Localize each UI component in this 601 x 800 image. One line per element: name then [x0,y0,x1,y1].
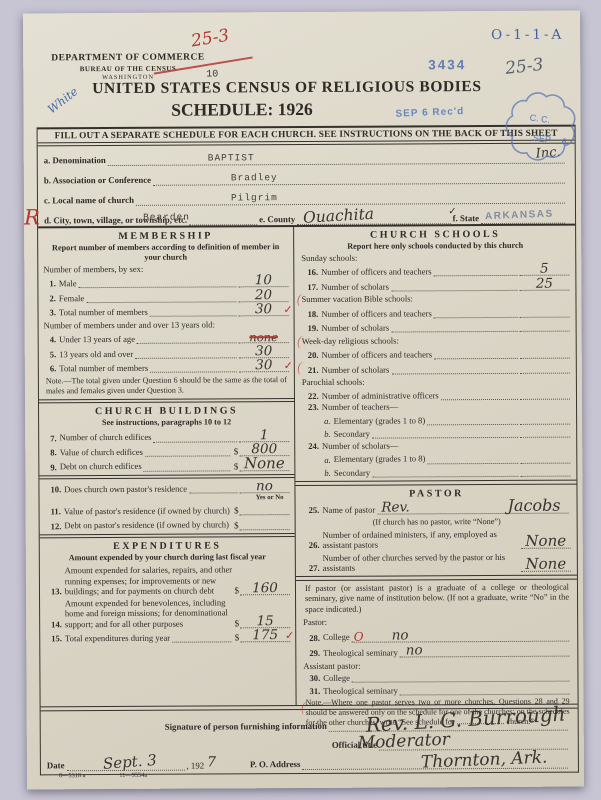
q3-label: Total number of members [59,307,148,318]
pastor-education-label: Pastor: [303,616,571,627]
q12-row: 12. Debt on pastor's residence (if owned… [45,518,290,531]
q23-row: 23. Number of teachers— [302,401,570,413]
q6-label: Total number of members [59,363,148,374]
q27-answer-line: None [521,560,571,572]
q7-num: 7. [50,433,57,443]
q9-num: 9. [50,462,57,472]
q18-num: 18. [308,309,319,319]
q4-num: 4. [50,334,57,344]
q24b-label: Secondary [334,468,370,478]
q9-answer: None [239,454,289,472]
q30-num: 30. [309,673,320,683]
q20-label: Number of officers and teachers [321,350,432,361]
q26-answer-line: None [521,537,571,549]
q25-num: 25. [309,505,320,515]
gray-pencil-annotation: 25-3 [504,55,544,79]
q4-label: Under 13 years of age [59,334,135,345]
q27-answer: None [521,555,571,573]
weekday-schools-label: Week-day religious schools: [302,334,570,345]
graduate-instructions: If pastor (or assistant pastor) is a gra… [305,582,569,615]
q2-num: 2. [49,293,56,303]
q14-label: Amount expended for benevolences, includ… [65,598,233,629]
left-column: MEMBERSHIP Report number of members acco… [38,227,296,706]
round-office-stamp: C. C. SEP 6 [499,89,581,167]
q2-label: Female [59,293,84,303]
q20-row: 20. Number of officers and teachers [302,347,570,360]
section-divider [296,575,577,581]
q24a-row: a. Elementary (grades 1 to 8) [302,451,570,464]
red-pencil-annotation: 25-3 [190,26,231,52]
q22-answer-line [520,387,570,399]
file-code-annotation: O-1-1-A [491,27,564,43]
date-address-row: Date Sept. 3 , 192 7 P. O. Address Thorn… [47,750,570,772]
q24-num: 24. [308,441,319,451]
q24a-letter: a. [324,454,331,464]
q31-num: 31. [309,686,320,696]
q27-label: Number of other churches served by the p… [323,552,521,573]
q26-num: 26. [309,540,320,550]
form-title: UNITED STATES CENSUS OF RELIGIOUS BODIES [23,78,550,99]
membership-subtitle: Report number of members according to de… [43,242,288,263]
round-stamp-day: 6 [562,137,567,147]
q24b-row: b. Secondary [302,465,570,478]
section-divider [40,533,295,539]
q1-answer-line: 10 [238,275,288,287]
members-by-age-label: Number of members under and over 13 year… [44,319,289,330]
q13-answer: 160 [240,580,290,596]
q23b-label: Secondary [334,429,370,439]
q3-row: 3. Total number of members 30✓ [44,304,289,317]
q12-label: Debt on pastor's residence (if owned by … [64,520,232,531]
city-line: Bearden [189,216,257,225]
q13-answer-line: 160 [240,583,290,595]
q5-answer-line: 30 [239,346,289,358]
county-line: Ouachita ✓ [297,215,450,225]
form-number-2: 11—9554a [119,772,147,779]
q29-row: 29. Theological seminary no [303,644,571,658]
serial-number-stamp: 3434 [428,57,466,72]
q24-label: Number of scholars— [322,440,398,451]
q15-answer-line: 175✓ [240,630,290,642]
q11-label: Value of pastor's residence (if owned by… [64,505,232,516]
date-line: Sept. 3 [66,762,184,772]
q6-row: 6. Total number of members 30✓ [44,360,289,373]
q15-row: 15. Total expenditures during year $ 175… [45,630,290,643]
field-row-association: b. Association or Conference Bradley [38,164,575,187]
signature-label: Signature of person furnishing informati… [165,721,327,733]
q24b-answer-line [520,465,570,477]
county-label: e. County [259,214,295,225]
q7-label: Number of church edifices [60,432,152,443]
q21-label: Number of scholars [322,364,390,374]
state-line: ARKANSAS [481,215,565,224]
q23b-answer-line [520,426,570,438]
q13-dollar-sign: $ [234,585,239,595]
q28-red-mark: O [354,629,364,643]
field-row-church-name: c. Local name of church Pilgrim [38,184,575,207]
q12-dollar-sign: $ [234,520,239,530]
q8-label: Value of church edifices [60,447,143,458]
q22-label: Number of administrative officers [322,390,439,401]
q14-row: 14. Amount expended for benevolences, in… [45,597,290,629]
expenditures-subtitle: Amount expended by your church during la… [45,552,290,563]
po-address-line: Thornton, Ark. [302,760,568,770]
round-stamp-initials: C. C. [529,112,551,125]
year-handwritten: 7 [207,754,216,770]
q28-label: College [323,632,350,642]
church-name-value: Pilgrim [231,192,278,203]
q23a-row: a. Elementary (grades 1 to 8) [302,413,570,426]
q25-hint: (If church has no pastor, write “None”) [303,516,571,527]
q18-answer-line [520,305,570,317]
q16-answer-line: 5 [519,264,569,276]
right-column: CHURCH SCHOOLS Report here only schools … [294,226,577,705]
denomination-value: BAPTIST [208,152,255,163]
q10-num: 10. [50,484,61,494]
q17-answer: 25 [519,275,569,291]
q28-row: 28. College O no [303,628,571,642]
q19-answer-line [520,320,570,332]
q21-answer-line [520,361,570,373]
q9-answer-line: None [239,459,289,471]
q13-num: 13. [51,586,62,596]
q9-row: 9. Debt on church edifices $ None [44,459,289,472]
date-value: Sept. 3 [102,751,157,773]
q26-label: Number of ordained ministers, if any, em… [322,529,520,550]
q6-answer-line: 30✓ [239,360,289,372]
section-divider [295,480,576,486]
expenditures-heading: EXPENDITURES [45,540,290,552]
q9-label: Debt on church edifices [60,461,142,472]
q14-num: 14. [51,619,62,629]
q9-dollar-sign: $ [234,461,239,471]
q10-yes-or-no-hint: Yes or No [256,494,284,501]
q24a-answer-line [520,451,570,463]
q23-num: 23. [308,402,319,412]
q24b-letter: b. [324,468,331,478]
scanned-form-page: DEPARTMENT OF COMMERCE BUREAU OF THE CEN… [23,11,584,790]
q26-row: 26. Number of ordained ministers, if any… [303,529,571,551]
q1-num: 1. [49,278,56,288]
form-body: FILL OUT A SEPARATE SCHEDULE FOR EACH CH… [37,125,579,776]
field-row-denomination: a. Denomination BAPTIST Inc. [38,144,575,167]
q25-label: Name of pastor [322,505,375,515]
q22-row: 22. Number of administrative officers [302,387,570,400]
q28-num: 28. [309,632,320,642]
q11-num: 11. [51,506,61,516]
q6-answer: 30 [239,357,289,373]
two-column-area: MEMBERSHIP Report number of members acco… [38,224,578,707]
q23a-answer-line [520,413,570,425]
q10-answer: no [239,478,289,494]
round-stamp-month: SEP [532,133,551,145]
q25-answer-name: Jacobs [508,496,561,515]
church-name-label: c. Local name of church [44,195,134,206]
q24-row: 24. Number of scholars— [302,440,570,452]
q25-answer-rev: Rev. [381,500,410,516]
q13-label: Amount expended for salaries, repairs, a… [65,565,233,596]
q29-answer: no [406,642,423,658]
q5-num: 5. [50,349,57,359]
q23a-label: Elementary (grades 1 to 8) [334,415,426,426]
q31-label: Theological seminary [323,685,398,696]
q7-answer-line: 1 [239,430,289,442]
q6-num: 6. [50,363,57,373]
summer-bible-schools-label: Summer vacation Bible schools: [301,293,569,304]
q20-answer-line [520,347,570,359]
membership-heading: MEMBERSHIP [43,230,288,242]
q11-answer-line [240,503,290,515]
q27-num: 27. [309,563,320,573]
section-divider [39,398,294,404]
date-label: Date [47,760,65,771]
q13-row: 13. Amount expended for salaries, repair… [45,564,290,596]
q28-answer: no [392,627,409,643]
q17-label: Number of scholars [321,281,389,291]
q3-answer: 30 [238,301,288,317]
denomination-label: a. Denomination [44,155,106,166]
q4-answer-line: none [239,331,289,343]
q19-num: 19. [308,323,319,333]
q22-num: 22. [308,391,319,401]
year-printed: , 192 [186,761,204,771]
q23b-row: b. Secondary [302,426,570,439]
city-value: Bearden [143,212,190,223]
q10-row: 10. Does church own pastor's residence n… [44,481,289,494]
q17-row: 17. Number of scholars 25 [301,278,569,291]
q15-red-check: ✓ [285,629,294,642]
county-value: Ouachita [303,205,375,227]
assistant-pastor-education-label: Assistant pastor: [303,659,571,670]
field-row-location: d. City, town, village, or township, etc… [38,204,575,227]
q12-answer-line [240,518,290,530]
q21-row: 21. Number of scholars [302,361,570,374]
q11-row: 11. Value of pastor's residence (if owne… [45,503,290,516]
q10-label: Does church own pastor's residence [64,484,187,495]
church-buildings-heading: CHURCH BUILDINGS [44,405,289,417]
q11-dollar-sign: $ [234,505,239,515]
q15-answer: 175 [240,627,290,643]
q12-num: 12. [51,521,62,531]
q1-label: Male [59,278,77,288]
q23b-letter: b. [324,429,331,439]
q19-row: 19. Number of scholars [302,320,570,333]
q3-answer-line: 30✓ [238,304,288,316]
association-value: Bradley [231,172,278,183]
q17-num: 17. [307,282,318,292]
county-checkmark: ✓ [448,206,456,217]
red-margin-mark [297,361,308,376]
q24a-label: Elementary (grades 1 to 8) [334,454,426,465]
q14-answer-line: 15 [240,616,290,628]
q15-num: 15. [51,633,62,643]
q29-label: Theological seminary [323,647,398,658]
q8-num: 8. [50,447,57,457]
q31-row: 31. Theological seminary [303,684,571,696]
q23a-letter: a. [324,416,331,426]
q29-num: 29. [309,648,320,658]
q25-row: 25. Name of pastor Rev. Jacobs [303,501,571,515]
q18-label: Number of officers and teachers [321,308,432,319]
q2-answer-line: 20 [238,290,288,302]
po-address-label: P. O. Address [250,759,300,770]
q26-answer: None [521,532,571,550]
q15-dollar-sign: $ [235,633,240,643]
form-number-1: 8—5318 a [59,772,85,779]
association-label: b. Association or Conference [44,175,151,187]
q14-dollar-sign: $ [235,618,240,628]
red-margin-letter: R [24,205,40,229]
q30-label: College [323,673,350,683]
q17-answer-line: 25 [519,278,569,290]
q8-dollar-sign: $ [234,446,239,456]
q10-answer-line: no [239,481,289,493]
q21-num: 21. [308,365,319,375]
q3-num: 3. [50,307,57,317]
church-schools-heading: CHURCH SCHOOLS [301,229,569,241]
signature-section: Signature of person furnishing informati… [41,709,578,782]
q16-num: 16. [307,267,318,277]
q15-label: Total expenditures during year [65,633,170,644]
q30-row: 30. College [303,672,571,684]
membership-note: Note.—The total given under Question 6 s… [46,375,287,396]
q20-num: 20. [308,350,319,360]
q18-row: 18. Number of officers and teachers [302,305,570,318]
q6-red-check: ✓ [284,359,293,372]
q3-red-check: ✓ [283,303,292,316]
church-schools-subtitle: Report here only schools conducted by th… [301,241,569,252]
q19-label: Number of scholars [321,323,389,333]
q16-label: Number of officers and teachers [321,267,432,278]
department-line: DEPARTMENT OF COMMERCE [51,53,205,66]
q27-row: 27. Number of other churches served by t… [303,551,571,573]
parochial-schools-label: Parochial schools: [302,376,570,387]
q5-label: 13 years old and over [59,348,133,359]
state-value: ARKANSAS [485,208,554,222]
q23-label: Number of teachers— [322,402,398,413]
